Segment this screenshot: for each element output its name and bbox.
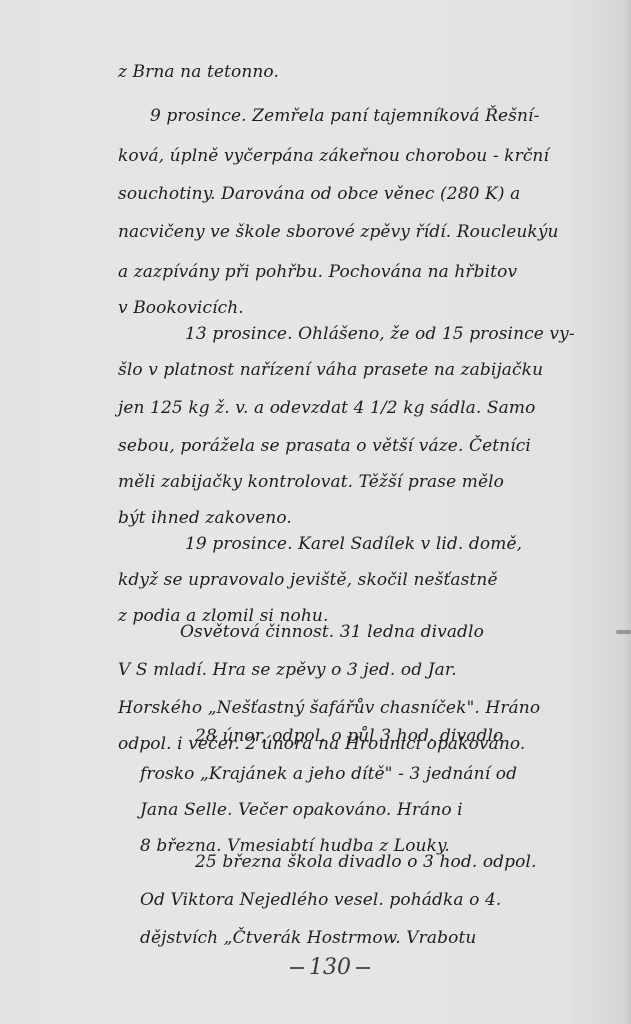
handwritten-line: šlo v platnost nařízení váha prasete na … (118, 360, 543, 380)
dash-left (290, 967, 304, 969)
handwritten-line: Jana Selle. Večer opakováno. Hráno i (140, 800, 463, 820)
handwritten-line: jen 125 kg ž. v. a odevzdat 4 1/2 kg sád… (118, 398, 535, 418)
binding-mark (616, 630, 631, 634)
handwritten-line: Osvětová činnost. 31 ledna divadlo (180, 622, 484, 642)
handwritten-line: v Bookovicích. (118, 298, 244, 318)
handwritten-line: V S mladí. Hra se zpěvy o 3 jed. od Jar. (118, 660, 457, 680)
page-number-value: 130 (309, 955, 351, 980)
handwritten-line: 25 března škola divadlo o 3 hod. odpol. (195, 852, 537, 872)
handwritten-line: z Brna na tetonno. (118, 62, 279, 82)
handwritten-line: sebou, porážela se prasata o větší váze.… (118, 436, 531, 456)
handwritten-line: 13 prosince. Ohlášeno, že od 15 prosince… (185, 324, 575, 344)
handwritten-line: Horského „Nešťastný šafářův chasníček". … (118, 698, 540, 718)
handwritten-line: ková, úplně vyčerpána zákeřnou chorobou … (118, 146, 549, 166)
handwritten-line: 9 prosince. Zemřela paní tajemníková Řeš… (150, 106, 539, 126)
handwritten-line: dějstvích „Čtverák Hostrmow. Vrabotu (140, 928, 476, 948)
handwritten-line: 28 únor, odpol. o půl 3 hod. divadlo (195, 726, 503, 746)
handwritten-line: měli zabijačky kontrolovat. Těžší prase … (118, 472, 504, 492)
handwritten-line: být ihned zakoveno. (118, 508, 292, 528)
handwritten-line: 19 prosince. Karel Sadílek v lid. domě, (185, 534, 522, 554)
dash-right (356, 967, 370, 969)
handwritten-line: když se upravovalo jeviště, skočil nešťa… (118, 570, 498, 590)
handwritten-line: souchotiny. Darována od obce věnec (280 … (118, 184, 520, 204)
handwritten-line: nacvičeny ve škole sborové zpěvy řídí. R… (118, 222, 559, 242)
handwritten-line: frosko „Krajánek a jeho dítě" - 3 jednán… (140, 764, 517, 784)
handwritten-line: Od Viktora Nejedlého vesel. pohádka o 4. (140, 890, 501, 910)
handwritten-line: a zazpívány při pohřbu. Pochována na hřb… (118, 262, 517, 282)
page-number: 130 (285, 955, 375, 980)
document-page: z Brna na tetonno.9 prosince. Zemřela pa… (0, 0, 631, 1024)
